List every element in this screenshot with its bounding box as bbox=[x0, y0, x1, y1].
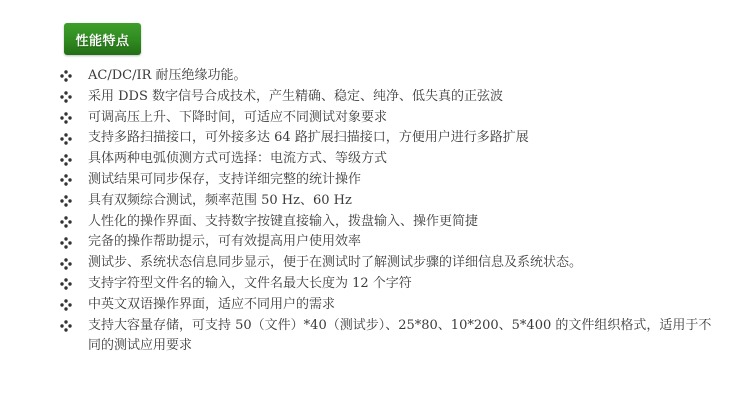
diamond-bullet-icon bbox=[58, 191, 88, 212]
feature-text: 测试步、系统状态信息同步显示，便于在测试时了解测试步骤的详细信息及系统状态。 bbox=[88, 253, 718, 274]
feature-item: 人性化的操作界面、支持数字按键直接输入，拨盘输入、操作更简捷 bbox=[58, 212, 718, 233]
feature-item: 支持字符型文件名的输入，文件名最大长度为 12 个字符 bbox=[58, 274, 718, 295]
diamond-bullet-icon bbox=[58, 87, 88, 108]
feature-item: 测试结果可同步保存，支持详细完整的统计操作 bbox=[58, 170, 718, 191]
diamond-bullet-icon bbox=[58, 232, 88, 253]
feature-item: 可调高压上升、下降时间，可适应不同测试对象要求 bbox=[58, 108, 718, 129]
feature-text: AC/DC/IR 耐压绝缘功能。 bbox=[88, 66, 718, 87]
feature-item: 完备的操作帮助提示，可有效提高用户使用效率 bbox=[58, 232, 718, 253]
feature-item: 测试步、系统状态信息同步显示，便于在测试时了解测试步骤的详细信息及系统状态。 bbox=[58, 253, 718, 274]
diamond-bullet-icon bbox=[58, 128, 88, 149]
feature-item: 中英文双语操作界面，适应不同用户的需求 bbox=[58, 295, 718, 316]
diamond-bullet-icon bbox=[58, 253, 88, 274]
feature-text: 采用 DDS 数字信号合成技术，产生精确、稳定、纯净、低失真的正弦波 bbox=[88, 87, 718, 108]
diamond-bullet-icon bbox=[58, 170, 88, 191]
diamond-bullet-icon bbox=[58, 66, 88, 87]
diamond-bullet-icon bbox=[58, 274, 88, 295]
diamond-bullet-icon bbox=[58, 212, 88, 233]
feature-text: 具体两种电弧侦测方式可选择：电流方式、等级方式 bbox=[88, 149, 718, 170]
diamond-bullet-icon bbox=[58, 295, 88, 316]
section-title: 性能特点 bbox=[75, 30, 129, 49]
section-title-badge: 性能特点 bbox=[64, 23, 141, 55]
feature-item: 具体两种电弧侦测方式可选择：电流方式、等级方式 bbox=[58, 149, 718, 170]
feature-item: 支持多路扫描接口，可外接多达 64 路扩展扫描接口，方便用户进行多路扩展 bbox=[58, 128, 718, 149]
feature-text: 支持多路扫描接口，可外接多达 64 路扩展扫描接口，方便用户进行多路扩展 bbox=[88, 128, 718, 149]
feature-text: 测试结果可同步保存，支持详细完整的统计操作 bbox=[88, 170, 718, 191]
feature-item: 采用 DDS 数字信号合成技术，产生精确、稳定、纯净、低失真的正弦波 bbox=[58, 87, 718, 108]
feature-item: 支持大容量存储，可支持 50（文件）*40（测试步）、25*80、10*200、… bbox=[58, 316, 718, 358]
feature-list: AC/DC/IR 耐压绝缘功能。 采用 DDS 数字信号合成技术，产生精确、稳定… bbox=[58, 66, 718, 357]
feature-text: 人性化的操作界面、支持数字按键直接输入，拨盘输入、操作更简捷 bbox=[88, 212, 718, 233]
feature-text: 支持大容量存储，可支持 50（文件）*40（测试步）、25*80、10*200、… bbox=[88, 316, 718, 358]
diamond-bullet-icon bbox=[58, 316, 88, 337]
feature-item: AC/DC/IR 耐压绝缘功能。 bbox=[58, 66, 718, 87]
feature-text: 可调高压上升、下降时间，可适应不同测试对象要求 bbox=[88, 108, 718, 129]
feature-item: 具有双频综合测试，频率范围 50 Hz、60 Hz bbox=[58, 191, 718, 212]
feature-text: 具有双频综合测试，频率范围 50 Hz、60 Hz bbox=[88, 191, 718, 212]
diamond-bullet-icon bbox=[58, 108, 88, 129]
feature-text: 完备的操作帮助提示，可有效提高用户使用效率 bbox=[88, 232, 718, 253]
feature-text: 支持字符型文件名的输入，文件名最大长度为 12 个字符 bbox=[88, 274, 718, 295]
diamond-bullet-icon bbox=[58, 149, 88, 170]
feature-text: 中英文双语操作界面，适应不同用户的需求 bbox=[88, 295, 718, 316]
